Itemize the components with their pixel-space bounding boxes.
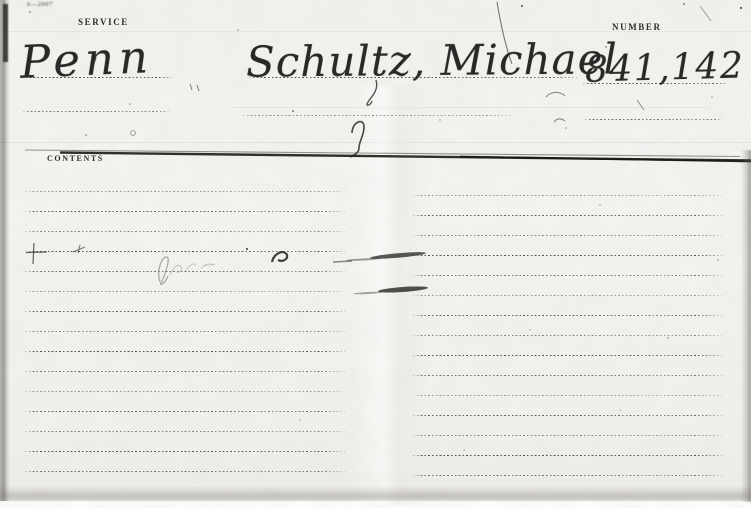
bottom-scan-edge: [0, 486, 751, 501]
form-number: 6—2007: [27, 1, 54, 8]
service-label: SERVICE: [78, 17, 129, 27]
contents-label: CONTENTS: [47, 154, 104, 163]
service-value-handwritten: Penn: [19, 34, 154, 85]
left-scan-edge-dark: [3, 4, 8, 62]
right-scan-edge: [741, 150, 751, 502]
name-value-handwritten: Schultz, Michael: [246, 38, 618, 83]
scanned-index-card: 6—2007 SERVICE NUMBER CONTENTS Penn Schu…: [0, 0, 751, 508]
left-scan-edge: [0, 0, 10, 501]
number-label: NUMBER: [612, 22, 662, 32]
vertical-fold-crease: [352, 85, 430, 505]
scan-streak: [230, 107, 710, 108]
number-value-handwritten: 841,142: [585, 49, 745, 89]
